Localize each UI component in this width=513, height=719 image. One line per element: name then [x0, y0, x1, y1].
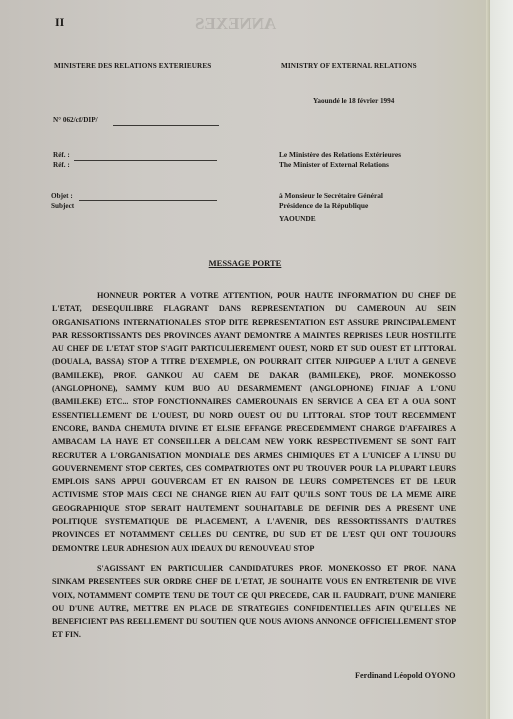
recipient-title: à Monsieur le Secrétaire Général	[279, 191, 383, 201]
ministry-header-english: MINISTRY OF EXTERNAL RELATIONS	[281, 62, 417, 70]
document-date: Yaoundé le 18 février 1994	[313, 97, 394, 105]
page-number: II	[55, 15, 64, 30]
background-surface	[490, 0, 513, 719]
ministry-header-french: MINISTERE DES RELATIONS EXTERIEURES	[54, 62, 211, 70]
reference-number-line	[113, 125, 219, 126]
subject-label: Subject	[51, 202, 74, 210]
objet-label: Objet :	[51, 192, 73, 200]
reference-number: N° 062/cf/DIP/	[53, 116, 98, 124]
bleed-through-line	[160, 232, 162, 241]
recipient-office: Présidence de la République	[279, 201, 383, 211]
message-paragraph-1: HONNEUR PORTER A VOTRE ATTENTION, POUR H…	[52, 289, 456, 555]
ref-label-fr: Réf. :	[53, 151, 70, 159]
recipient-city: YAOUNDE	[279, 214, 383, 224]
signature: Ferdinand Léopold OYONO	[355, 671, 456, 680]
recipient-block: à Monsieur le Secrétaire Général Préside…	[279, 191, 383, 224]
bleed-through-text: ANNEXES	[195, 14, 276, 34]
ref-line	[74, 160, 217, 161]
objet-line	[79, 200, 217, 201]
sender-block: Le Ministère des Relations Extérieures T…	[279, 150, 401, 169]
sender-line-fr: Le Ministère des Relations Extérieures	[279, 150, 401, 160]
message-title: MESSAGE PORTE	[0, 258, 490, 268]
message-paragraph-2: S'AGISSANT EN PARTICULIER CANDIDATURES P…	[52, 562, 456, 642]
ref-label-en: Réf. :	[53, 161, 70, 169]
message-body: HONNEUR PORTER A VOTRE ATTENTION, POUR H…	[52, 289, 456, 649]
sender-line-en: The Minister of External Relations	[279, 160, 401, 170]
document-page: ANNEXES II MINISTERE DES RELATIONS EXTER…	[0, 0, 490, 719]
